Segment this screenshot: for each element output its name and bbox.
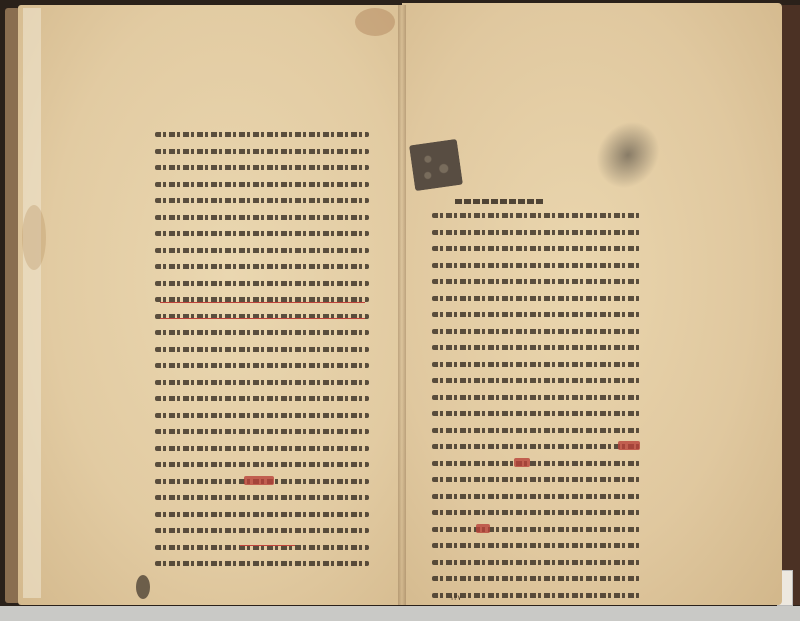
ownership-seal-icon [409, 139, 463, 191]
rubric-red [244, 476, 274, 485]
manuscript-spread: بسم الله الرحمن الرحيم وبه نستعين ١٢٧ [0, 0, 800, 621]
rubric-qala [514, 458, 530, 467]
basmala-heading: بسم الله الرحمن الرحيم وبه نستعين [455, 196, 545, 206]
book-cover-right [782, 5, 800, 605]
page-marker: ١٢٧ [450, 594, 461, 602]
rubric-underline [240, 545, 295, 546]
book-gutter [398, 5, 406, 605]
rubric-fasl [618, 441, 640, 450]
water-stain [355, 8, 395, 36]
rubric-underline [160, 318, 365, 319]
scan-background [0, 606, 800, 621]
ink-blot [136, 575, 150, 599]
water-stain [22, 205, 46, 270]
right-page-text [432, 207, 640, 620]
rubric-qala [476, 524, 490, 533]
rubric-underline [160, 302, 365, 303]
page-edge-strip [23, 8, 41, 598]
left-page-text [155, 126, 369, 572]
